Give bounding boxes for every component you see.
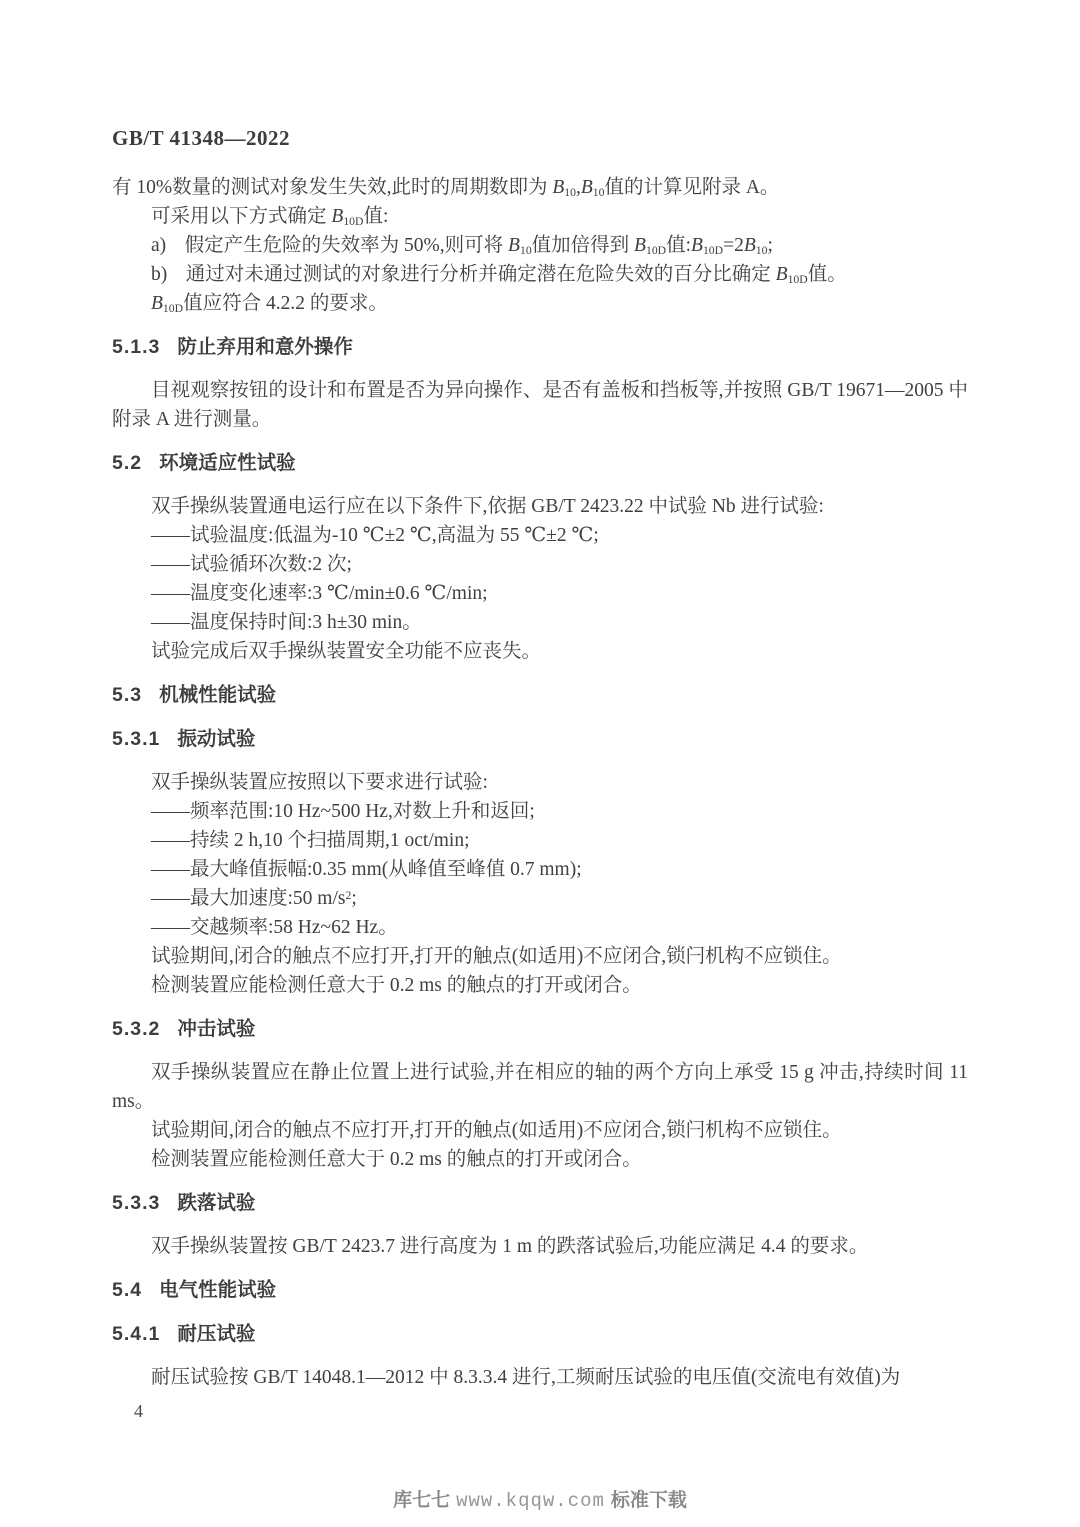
dash-item-duration: ——持续 2 h,10 个扫描周期,1 oct/min;: [112, 826, 968, 855]
heading-5-2: 5.2环境适应性试验: [112, 449, 968, 478]
dash-item-temperature-change-rate: ——温度变化速率:3 ℃/min±0.6 ℃/min;: [112, 579, 968, 608]
paragraph-b10-failure: 有 10%数量的测试对象发生失效,此时的周期数即为 B10,B10值的计算见附录…: [112, 173, 968, 202]
list-item-b: b)通过对未通过测试的对象进行分析并确定潜在危险失效的百分比确定 B10D值。: [112, 260, 968, 289]
heading-5-4: 5.4电气性能试验: [112, 1276, 968, 1305]
paragraph-drop-test: 双手操纵装置按 GB/T 2423.7 进行高度为 1 m 的跌落试验后,功能应…: [112, 1232, 968, 1261]
heading-5-1-3-title: 防止弃用和意外操作: [177, 336, 353, 358]
paragraph-environment-test-intro: 双手操纵装置通电运行应在以下条件下,依据 GB/T 2423.22 中试验 Nb…: [112, 492, 968, 521]
paragraph-vibration-detection: 检测装置应能检测任意大于 0.2 ms 的触点的打开或闭合。: [112, 971, 968, 1000]
dash-item-test-temperature: ——试验温度:低温为-10 ℃±2 ℃,高温为 55 ℃±2 ℃;: [112, 521, 968, 550]
heading-5-1-3-number: 5.1.3: [112, 336, 160, 358]
heading-5-3-3-title: 跌落试验: [177, 1192, 255, 1214]
heading-5-3-2-title: 冲击试验: [177, 1018, 255, 1040]
dash-item-max-acceleration: ——最大加速度:50 m/s2;: [112, 884, 968, 913]
heading-5-4-1-title: 耐压试验: [177, 1323, 255, 1345]
heading-5-3-number: 5.3: [112, 684, 142, 706]
page-number: 4: [134, 1401, 143, 1422]
standard-number-header: GB/T 41348—2022: [112, 126, 290, 151]
document-page: GB/T 41348—2022 有 10%数量的测试对象发生失效,此时的周期数即…: [0, 0, 1080, 1527]
watermark-site-name: 库七七: [393, 1490, 450, 1511]
heading-5-4-1-number: 5.4.1: [112, 1323, 160, 1345]
paragraph-vibration-test-intro: 双手操纵装置应按照以下要求进行试验:: [112, 768, 968, 797]
list-item-b-label: b): [151, 264, 167, 285]
paragraph-shock-test: 双手操纵装置应在静止位置上进行试验,并在相应的轴的两个方向上承受 15 g 冲击…: [112, 1058, 968, 1116]
heading-5-3-2: 5.3.2冲击试验: [112, 1015, 968, 1044]
heading-5-4-number: 5.4: [112, 1279, 142, 1301]
document-body: 有 10%数量的测试对象发生失效,此时的周期数即为 B10,B10值的计算见附录…: [112, 173, 968, 1392]
paragraph-b10d-methods-intro: 可采用以下方式确定 B10D值:: [112, 202, 968, 231]
watermark-suffix: 标准下载: [611, 1490, 687, 1511]
list-item-b-text: 通过对未通过测试的对象进行分析并确定潜在危险失效的百分比确定 B10D值。: [186, 264, 847, 285]
heading-5-4-title: 电气性能试验: [159, 1279, 276, 1301]
heading-5-3-3: 5.3.3跌落试验: [112, 1189, 968, 1218]
heading-5-3-1-number: 5.3.1: [112, 728, 160, 750]
heading-5-4-1: 5.4.1耐压试验: [112, 1320, 968, 1349]
dash-item-max-peak-amplitude: ——最大峰值振幅:0.35 mm(从峰值至峰值 0.7 mm);: [112, 855, 968, 884]
heading-5-2-number: 5.2: [112, 452, 142, 474]
heading-5-3: 5.3机械性能试验: [112, 681, 968, 710]
paragraph-b10d-requirement: B10D值应符合 4.2.2 的要求。: [112, 289, 968, 318]
watermark-footer: 库七七www.kqqw.com标准下载: [0, 1485, 1080, 1512]
dash-item-test-cycles: ——试验循环次数:2 次;: [112, 550, 968, 579]
heading-5-3-title: 机械性能试验: [159, 684, 276, 706]
watermark-url[interactable]: www.kqqw.com: [456, 1490, 605, 1512]
dash-item-frequency-range: ——频率范围:10 Hz~500 Hz,对数上升和返回;: [112, 797, 968, 826]
paragraph-environment-test-result: 试验完成后双手操纵装置安全功能不应丧失。: [112, 637, 968, 666]
dash-item-crossover-frequency: ——交越频率:58 Hz~62 Hz。: [112, 913, 968, 942]
dash-item-temperature-hold-time: ——温度保持时间:3 h±30 min。: [112, 608, 968, 637]
heading-5-3-3-number: 5.3.3: [112, 1192, 160, 1214]
list-item-a-text: 假定产生危险的失效率为 50%,则可将 B10值加倍得到 B10D值:B10D=…: [185, 235, 773, 256]
heading-5-3-1-title: 振动试验: [177, 728, 255, 750]
list-item-a-label: a): [151, 235, 166, 256]
paragraph-shock-detection: 检测装置应能检测任意大于 0.2 ms 的触点的打开或闭合。: [112, 1145, 968, 1174]
list-item-a: a)假定产生危险的失效率为 50%,则可将 B10值加倍得到 B10D值:B10…: [112, 231, 968, 260]
paragraph-withstand-voltage-test: 耐压试验按 GB/T 14048.1—2012 中 8.3.3.4 进行,工频耐…: [112, 1363, 968, 1392]
paragraph-shock-contacts: 试验期间,闭合的触点不应打开,打开的触点(如适用)不应闭合,锁闩机构不应锁住。: [112, 1116, 968, 1145]
paragraph-visual-inspection: 目视观察按钮的设计和布置是否为异向操作、是否有盖板和挡板等,并按照 GB/T 1…: [112, 376, 968, 434]
heading-5-1-3: 5.1.3防止弃用和意外操作: [112, 333, 968, 362]
heading-5-3-2-number: 5.3.2: [112, 1018, 160, 1040]
paragraph-vibration-contacts: 试验期间,闭合的触点不应打开,打开的触点(如适用)不应闭合,锁闩机构不应锁住。: [112, 942, 968, 971]
heading-5-3-1: 5.3.1振动试验: [112, 725, 968, 754]
heading-5-2-title: 环境适应性试验: [159, 452, 296, 474]
